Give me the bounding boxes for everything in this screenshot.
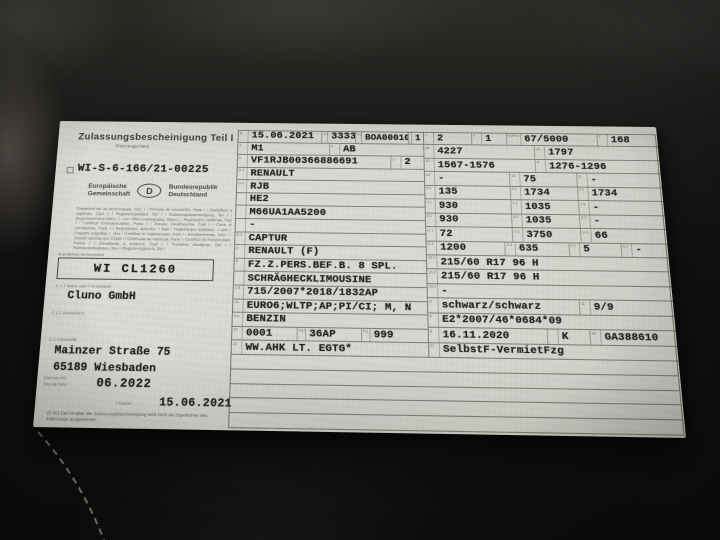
field-code-box: D.2: [237, 180, 247, 192]
field-value: 9/9: [590, 301, 614, 314]
field-cell-Q: Q-: [577, 174, 662, 188]
eu-header: EuropäischeGemeinschaft D Bundesrepublik…: [87, 183, 217, 199]
field-value: VF1RJB00366886691: [248, 155, 358, 167]
field-code-box: 20: [425, 159, 435, 172]
field-value: SCHRÄGHECKLIMOUSINE: [244, 272, 371, 286]
field-code-box: 6: [429, 328, 440, 342]
field-cell-12: 12-: [425, 172, 511, 186]
field-code: 2.1: [323, 132, 328, 135]
field-value: 3750: [523, 229, 553, 241]
field-value: 999: [371, 329, 394, 342]
forename-field-label: C.1.2 Vorname(n): [51, 311, 84, 316]
field-code-box: 12: [425, 172, 435, 185]
field-code: K: [429, 315, 432, 319]
field-value: E2*2007/46*0684*09: [439, 314, 563, 328]
field-value: 1734: [588, 188, 618, 200]
field-value: -: [435, 173, 445, 184]
owner-name: Cluno GmbH: [67, 290, 136, 303]
field-value: RJB: [247, 181, 269, 193]
field-code-box: [234, 272, 245, 285]
field-code-box: [236, 206, 247, 218]
field-code: 7.1: [427, 201, 432, 204]
field-cell-7.3: 7.3-: [579, 201, 665, 215]
field-code-box: [236, 193, 246, 205]
field-code-box: 13: [510, 173, 521, 186]
field-value: 215/60 R17 96 H: [438, 270, 540, 283]
inspection-label-line1: Nächste HU: [43, 376, 66, 381]
field-code: D.2: [238, 182, 244, 185]
license-plate-box: WI CL1260: [56, 257, 214, 281]
doc-number: WI-S-6-166/21-00225: [77, 163, 209, 176]
field-cell-U.2: U.23750: [513, 228, 582, 242]
field-code-box: 14: [233, 299, 244, 312]
field-cell-19: 191797: [535, 146, 659, 160]
owner-note-block: (C.4c) Der Inhaber der Zulassungsbeschei…: [46, 410, 225, 429]
field-code-box: 19: [535, 146, 546, 159]
field-value: 2: [434, 133, 444, 144]
field-value: -: [589, 202, 599, 214]
country-d-badge-icon: D: [137, 184, 162, 198]
field-value: 930: [436, 214, 459, 226]
field-code-box: 18: [424, 145, 434, 158]
field-cell-8.1: 8.1930: [426, 213, 513, 227]
field-value: 16.11.2020: [439, 329, 509, 342]
field-code: 14.1: [299, 329, 306, 333]
field-code-box: 10: [232, 327, 243, 340]
field-code-box: S.1: [569, 243, 580, 256]
vehicle-data-middle-column: B15.06.20212.133332.2BOA000101JM14ABEVF1…: [232, 130, 429, 358]
field-code: 15.1: [428, 257, 435, 261]
field-code: T: [598, 135, 600, 138]
field-cell-D.1: D.1RENAULT: [237, 168, 424, 182]
field-cell-20: 201567-1576: [425, 159, 537, 173]
doc-title: Zulassungsbescheinigung Teil I: [78, 132, 234, 144]
photo-stage: Zulassungsbescheinigung Teil I (Fahrzeug…: [0, 0, 720, 540]
field-value: 1276-1296: [546, 161, 607, 173]
field-code: G: [537, 161, 540, 164]
field-code: B: [240, 131, 242, 134]
field-value: 5: [580, 244, 591, 256]
field-code: V.7: [426, 187, 431, 190]
field-code: F.1: [512, 188, 517, 191]
field-cell-G: G1276-1296: [536, 160, 661, 174]
field-value: FZ.Z.PERS.BEF.B. 8 SPL.: [245, 259, 398, 273]
field-cell-blank: -: [236, 219, 426, 233]
field-code: S.1: [571, 244, 577, 248]
field-code-box: 9: [472, 132, 483, 144]
field-code-box: U.1: [426, 227, 437, 240]
field-cell-R: Rschwarz/schwarz: [428, 298, 581, 314]
field-cell-P.1: P.1999: [362, 328, 428, 342]
field-value: 135: [435, 186, 458, 198]
field-code-box: D.3: [235, 232, 246, 244]
field-code: 2.2: [357, 133, 362, 136]
field-code-box: 8.3: [580, 215, 591, 228]
field-value: 15.06.2021: [248, 130, 314, 142]
field-code-box: F.1: [511, 187, 522, 200]
field-code-box: 21: [429, 343, 440, 357]
field-code: U.1: [427, 229, 433, 233]
field-code: U.3: [582, 230, 588, 234]
field-value: 930: [436, 200, 459, 212]
registration-document: Zulassungsbescheinigung Teil I (Fahrzeug…: [33, 121, 686, 438]
field-cell-5: 5FZ.Z.PERS.BEF.B. 8 SPL.: [234, 258, 426, 273]
field-cell-blank: 1: [409, 132, 423, 144]
field-code: 15.2: [428, 271, 435, 275]
field-value: RENAULT: [247, 168, 294, 180]
field-cell-O.1: O.11200: [427, 241, 506, 255]
field-code-box: 5: [234, 258, 245, 271]
field-value: M66UA1AA5200: [246, 206, 326, 218]
field-code: 13: [511, 174, 515, 177]
field-cell-6: 616.11.2020: [429, 328, 549, 344]
field-code: 8.2: [513, 216, 518, 220]
field-code-box: E: [238, 155, 248, 167]
field-code-box: V.9: [233, 285, 244, 298]
field-code-box: T: [597, 134, 608, 146]
field-code-box: 14.1: [298, 328, 307, 341]
field-value: schwarz/schwarz: [438, 299, 541, 313]
issue-date-label: I Datum: [116, 402, 131, 407]
field-value: 75: [520, 174, 536, 185]
field-code-box: U.3: [581, 229, 592, 242]
field-cell-18: 184227: [424, 145, 535, 159]
field-cell-blank: HE2: [236, 193, 424, 207]
field-cell-4: 4AB: [330, 143, 423, 156]
field-cell-S.1: S.15: [569, 243, 622, 257]
owner-field-label: C.1.1 Name oder Firmenname: [56, 284, 112, 289]
field-cell-L: L2: [424, 132, 472, 145]
address-city: 65189 Wiesbaden: [52, 361, 156, 375]
field-code-box: 4: [330, 143, 340, 155]
field-cell-O.2: O.2635: [505, 242, 570, 256]
field-value: 715/2007*2018/1832AP: [244, 286, 378, 300]
field-cell-J: JM1: [238, 142, 330, 155]
country-label: BundesrepublikDeutschland: [168, 184, 217, 199]
field-cell-blank: K: [548, 330, 592, 345]
field-code-box: Q: [577, 174, 588, 187]
field-code-box: P.3: [233, 313, 244, 326]
field-code-box: 11: [580, 301, 592, 315]
field-code: O.1: [428, 243, 434, 247]
field-code: U.2: [514, 230, 520, 234]
field-code-box: [548, 330, 560, 344]
field-value: CAPTUR: [245, 232, 287, 244]
field-code-box: 7.2: [511, 200, 522, 213]
field-cell-7.2: 7.21035: [511, 200, 580, 214]
field-cell-U.3: U.366: [581, 229, 667, 243]
field-cell-22: 22WW.AHK LT. EGTG*: [232, 341, 429, 357]
field-value: -: [587, 175, 597, 186]
field-code-box: [409, 132, 412, 144]
plate-field-label: A amtliches Kennzeichen: [58, 252, 104, 257]
field-code: V.9: [235, 287, 240, 291]
field-value: 72: [437, 228, 453, 240]
address-field-label: C.1.3 Anschrift: [49, 338, 77, 343]
field-code: O.2: [506, 244, 512, 248]
field-value: 4227: [434, 146, 463, 157]
multilingual-block: Свидетелство за регистрация, Част I / Pe…: [73, 206, 232, 251]
owner-note-text: (C.4c) Der Inhaber der Zulassungsbeschei…: [46, 410, 225, 425]
field-code-box: L: [424, 132, 434, 144]
inspection-label-line2: (Monat/Jahr): [43, 382, 67, 387]
field-code: D.3: [236, 233, 242, 237]
field-code-box: R: [428, 298, 439, 312]
field-value: 1797: [545, 147, 574, 158]
field-code: 7.3: [580, 203, 585, 207]
field-code-box: 2.2: [356, 131, 362, 143]
field-cell-P.2/P.4: P.2/P.467/5000: [507, 133, 598, 146]
field-code: S.2: [623, 245, 629, 249]
field-value: 1: [482, 133, 492, 144]
field-value: 66: [591, 230, 608, 242]
field-value: 1035: [522, 215, 552, 227]
field-code: 8.1: [427, 215, 432, 219]
field-code: 5: [236, 260, 238, 264]
field-cell-2: 2RENAULT (F): [235, 245, 426, 260]
issue-date: 15.06.2021: [159, 397, 232, 411]
field-code-box: U.2: [513, 228, 524, 241]
field-cell-10: 100001: [232, 327, 298, 341]
field-code: Q: [578, 175, 581, 178]
field-code-box: O.2: [505, 242, 516, 255]
field-code-box: 22: [232, 341, 243, 354]
multilingual-text: Свидетелство за регистрация, Част I / Pe…: [73, 206, 232, 251]
field-value: BOA00010: [362, 132, 409, 143]
field-code: J: [239, 144, 241, 147]
eu-community-label: EuropäischeGemeinschaft: [87, 183, 130, 197]
field-code-box: P.1: [362, 328, 371, 341]
field-cell-8.3: 8.3-: [580, 215, 666, 229]
field-code: 10: [233, 328, 237, 332]
address-street: Mainzer Straße 75: [54, 345, 171, 359]
field-value: 635: [516, 243, 539, 255]
field-code-box: F.2: [578, 187, 589, 200]
field-cell-D.3: D.3CAPTUR: [235, 232, 425, 247]
field-code: 7.2: [512, 202, 517, 206]
field-code: P.3: [234, 314, 239, 318]
field-cell-F.2: F.21734: [578, 187, 663, 201]
field-cell-B: B15.06.2021: [239, 130, 323, 142]
field-code: 11: [581, 302, 585, 306]
field-code: P.2/P.4: [508, 134, 519, 137]
field-code: 12: [426, 173, 430, 176]
field-value: HE2: [247, 193, 269, 205]
field-code-box: 16: [590, 330, 602, 344]
field-cell-8.2: 8.21035: [512, 214, 581, 228]
field-cell-2.1: 2.13333: [322, 131, 356, 143]
field-value: 1567-1576: [435, 159, 496, 171]
field-code-box: 8.1: [426, 213, 437, 226]
field-code: 15.3: [429, 285, 436, 289]
field-code-box: [236, 219, 247, 231]
field-cell-D.2: D.2RJB: [237, 180, 425, 194]
field-code-box: 2: [235, 245, 246, 257]
field-cell-14.1: 14.136AP: [298, 328, 363, 342]
field-code-box: S.2: [621, 244, 633, 257]
field-cell-U.1: U.172: [426, 227, 513, 241]
field-value: 1035: [522, 201, 552, 213]
field-code-box: K: [428, 313, 439, 327]
field-cell-9: 91: [472, 132, 508, 145]
field-cell-blank: SCHRÄGHECKLIMOUSINE: [234, 272, 427, 287]
field-code: 3: [392, 158, 394, 161]
field-cell-E: EVF1RJB00366886691: [238, 155, 392, 168]
field-code-box: 8.2: [512, 214, 523, 227]
field-cell-blank: M66UA1AA5200: [236, 206, 425, 220]
field-code-box: P.2/P.4: [507, 133, 522, 146]
field-code: 8.3: [581, 216, 586, 220]
field-cell-V.7: V.7135: [425, 186, 511, 200]
field-value: -: [438, 285, 448, 297]
field-code-box: 7.3: [579, 201, 590, 214]
field-value: K: [558, 330, 569, 343]
field-value: AB: [340, 144, 356, 155]
field-code-box: B: [239, 130, 249, 142]
next-inspection-date: 06.2022: [96, 377, 152, 392]
field-value: 1: [412, 133, 421, 143]
field-code: 14: [234, 301, 238, 305]
field-cell-V.9: V.9715/2007*2018/1832AP: [233, 285, 427, 300]
field-code: 18: [425, 147, 429, 150]
field-code-box: V.7: [425, 186, 436, 199]
field-code: 6: [430, 329, 432, 333]
field-code: 22: [233, 342, 237, 346]
field-code: E: [239, 156, 242, 159]
field-cell-13: 1375: [510, 173, 578, 186]
doc-subtitle: (Fahrzeugschein): [115, 144, 149, 148]
field-value: EURO6;WLTP;AP;PI/CI; M, N: [243, 299, 411, 314]
field-code: P.1: [363, 330, 368, 334]
remarks-empty-rows: [229, 355, 683, 436]
field-value: GA388610: [601, 331, 659, 344]
field-code: 20: [426, 160, 430, 163]
field-cell-T: T168: [597, 134, 658, 147]
field-value: 215/60 R17 96 H: [437, 256, 539, 269]
field-code-box: 3: [391, 157, 401, 169]
field-code: R: [429, 300, 432, 304]
field-value: 1200: [437, 242, 466, 254]
license-plate-value: WI CL1260: [93, 262, 177, 277]
field-value: -: [590, 216, 600, 228]
field-code-box: G: [536, 160, 547, 173]
field-cell-7.1: 7.1930: [426, 199, 512, 213]
field-code: 9: [473, 134, 475, 137]
field-value: -: [246, 219, 256, 231]
field-cell-S.2: S.2-: [621, 244, 668, 258]
field-value: 3333: [328, 131, 356, 142]
field-cell-11: 119/9: [580, 301, 675, 316]
field-value: BENZIN: [243, 313, 286, 326]
field-code-box: 2.1: [322, 131, 328, 143]
field-code: 16: [591, 332, 596, 336]
field-code: F.2: [579, 189, 584, 192]
field-value: WW.AHK LT. EGTG*: [242, 341, 352, 355]
field-value: 67/5000: [521, 134, 569, 146]
field-value: M1: [248, 143, 264, 154]
field-cell-2.2: 2.2BOA00010: [356, 131, 409, 143]
field-value: RENAULT (F): [245, 246, 319, 259]
field-value: 1734: [521, 187, 550, 199]
field-value: 36AP: [306, 328, 336, 341]
field-code-box: 15.1: [427, 255, 438, 268]
field-code-box: O.1: [427, 241, 438, 254]
field-cell-16: 16GA388610: [590, 330, 677, 345]
field-code: D.1: [239, 169, 245, 172]
doc-number-mark-icon: [66, 167, 74, 174]
field-code: 21: [430, 344, 434, 348]
field-code: 19: [536, 148, 540, 151]
field-code-box: D.1: [237, 168, 247, 180]
field-value: 0001: [243, 327, 273, 340]
vehicle-data-right-column: L291P.2/P.467/5000T168184227191797201567…: [423, 132, 679, 362]
field-cell-F.1: F.11734: [511, 187, 579, 201]
field-code: 4: [331, 145, 333, 148]
field-code-box: 15.3: [428, 284, 439, 298]
field-cell-3: 32: [391, 157, 423, 169]
field-code-box: 15.2: [427, 270, 438, 284]
field-value: SelbstF-VermietFzg: [440, 344, 565, 358]
field-code: L: [425, 133, 427, 136]
field-value: 168: [607, 134, 630, 145]
field-code-box: 7.1: [426, 199, 437, 212]
field-value: 2: [401, 157, 411, 168]
field-value: -: [632, 244, 643, 256]
field-code-box: J: [238, 142, 248, 154]
field-code: 2: [236, 247, 238, 251]
